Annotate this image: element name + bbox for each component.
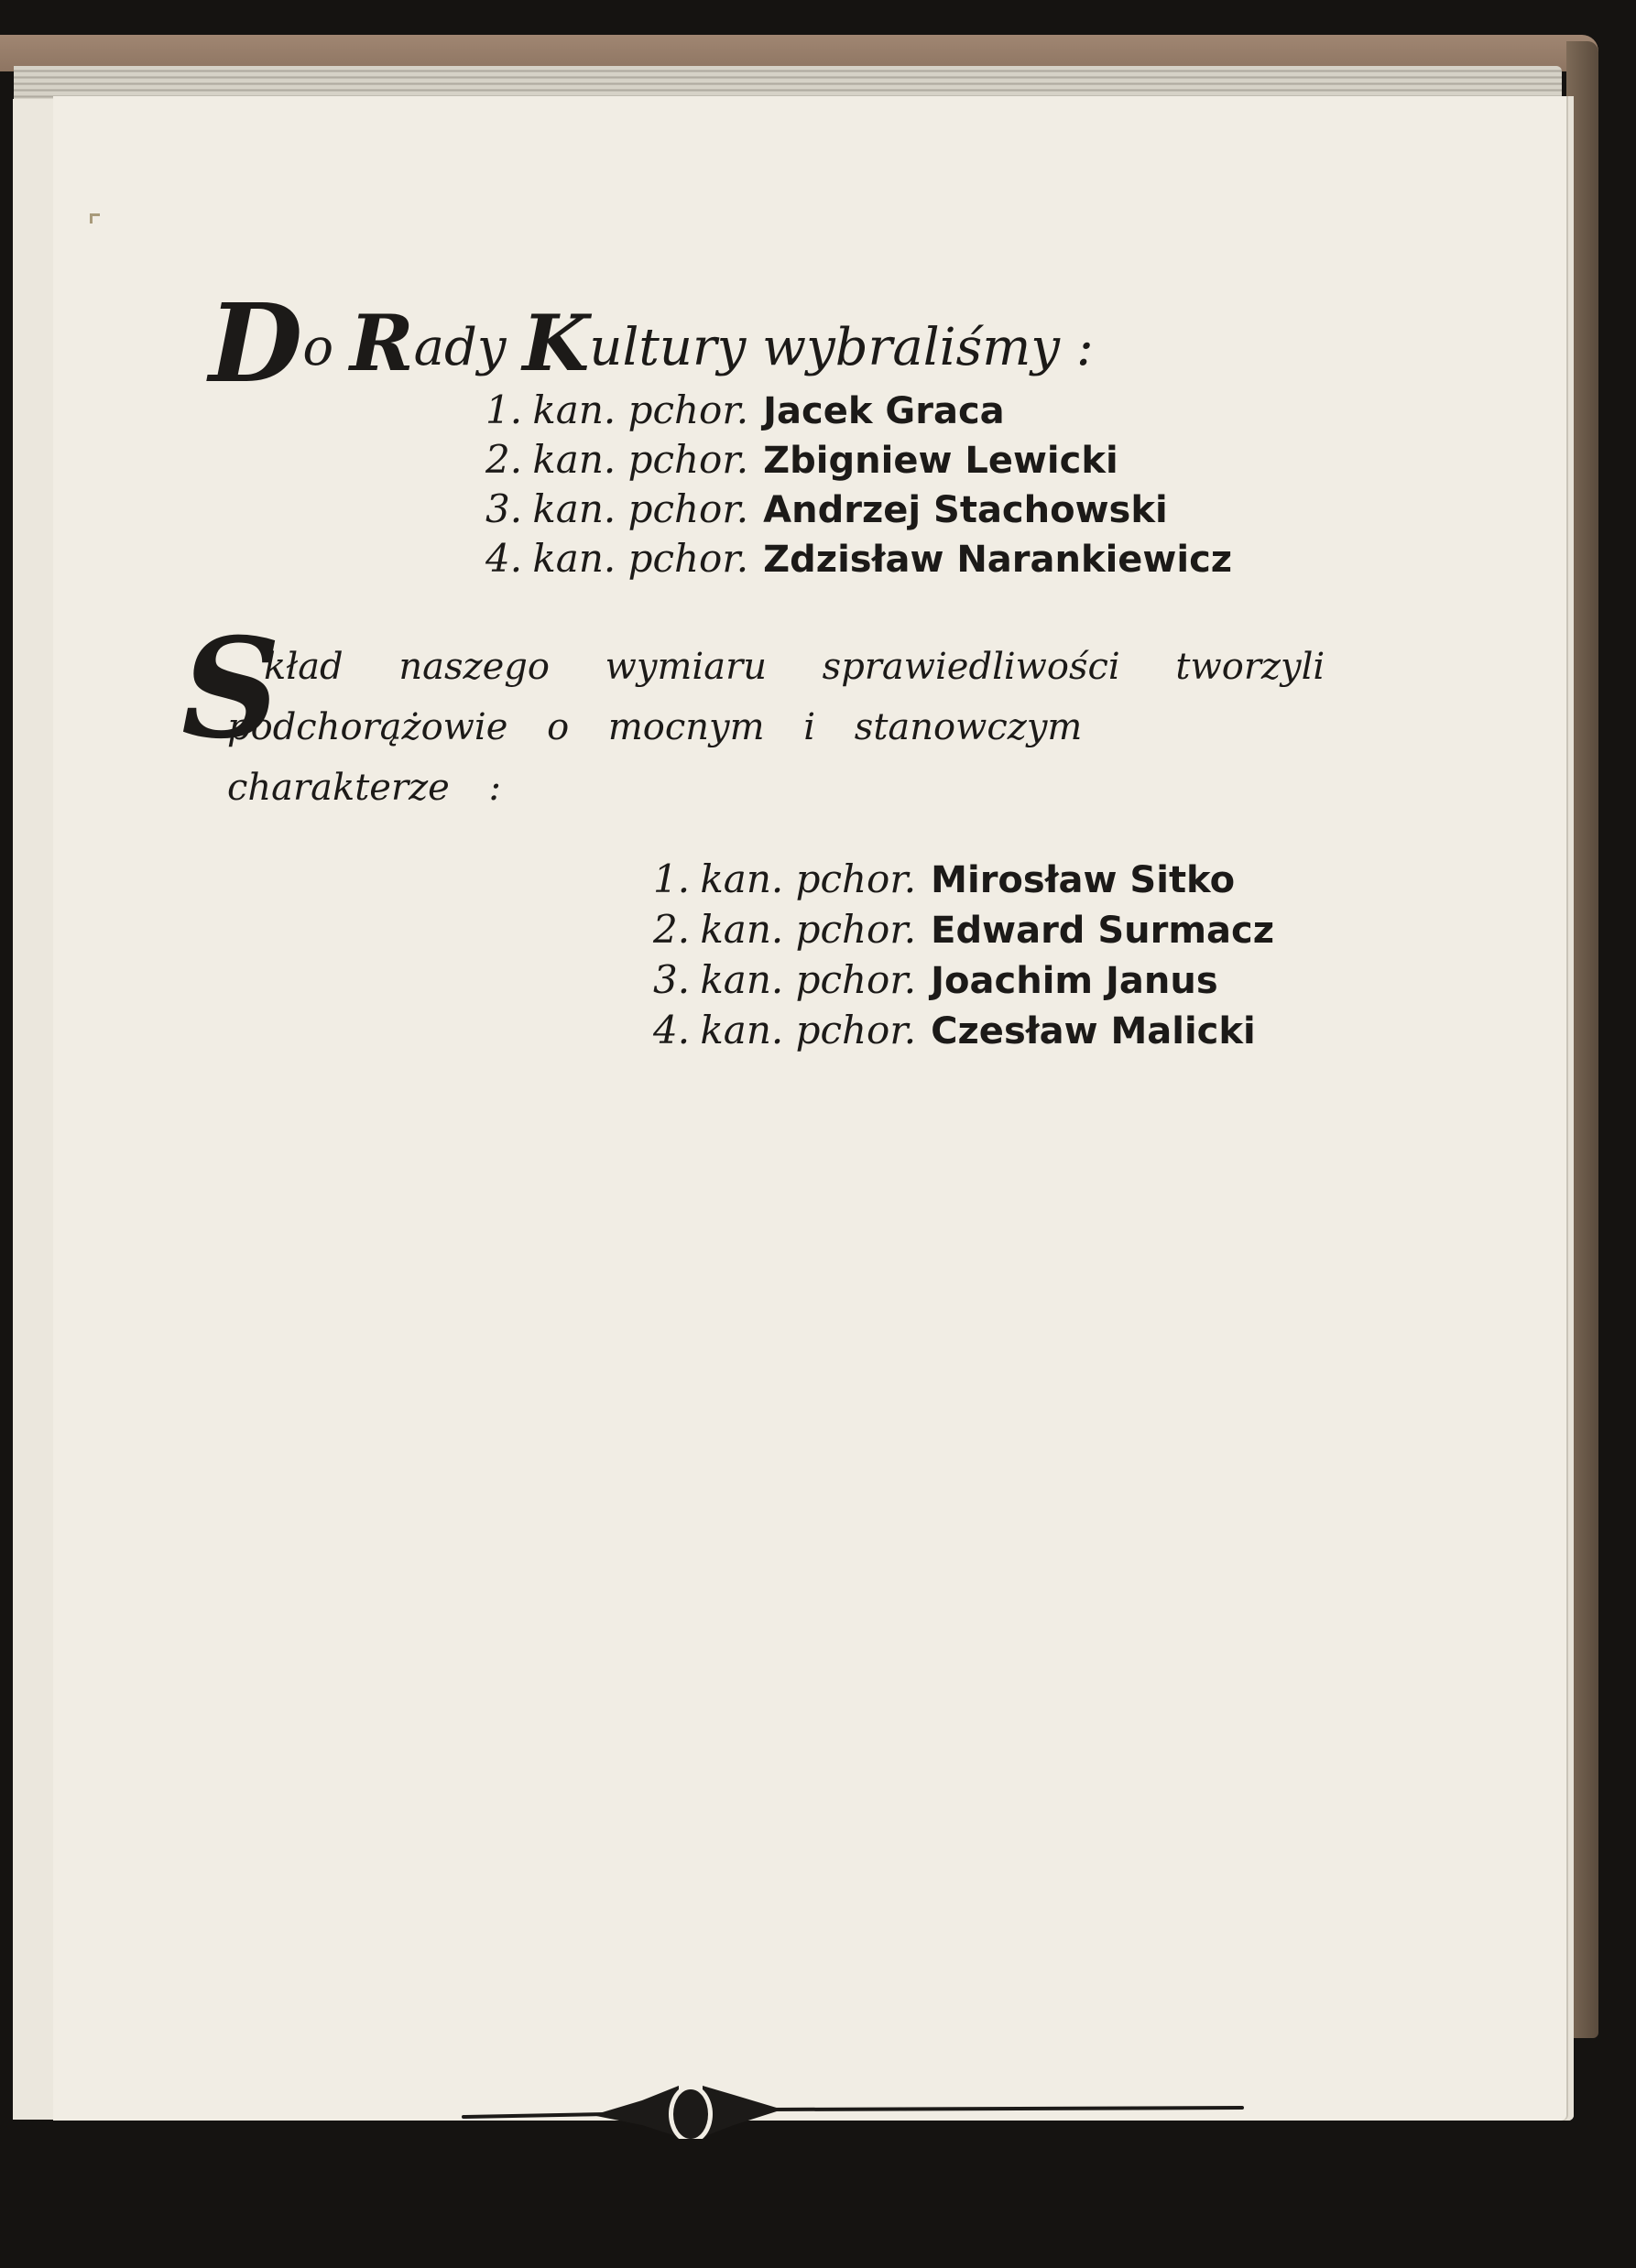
corner-mark: [90, 213, 100, 224]
previous-page-leaf: [13, 99, 55, 2120]
item-rank: kan. pchor.: [532, 437, 748, 482]
item-number: 4.: [485, 536, 520, 581]
list-item: 1. kan. pchor.Mirosław Sitko: [653, 856, 1274, 907]
item-rank: kan. pchor.: [700, 1008, 916, 1052]
list-item: 2. kan. pchor.Edward Surmacz: [653, 907, 1274, 957]
book-page: Do Rady Kultury wybraliśmy : 1. kan. pch…: [53, 96, 1574, 2121]
paragraph-line-1: kład naszego wymiaru sprawiedliwości two…: [227, 637, 1409, 697]
list-item: 2. kan. pchor.Zbigniew Lewicki: [485, 437, 1232, 486]
item-number: 2.: [485, 437, 520, 482]
item-rank: kan. pchor.: [700, 856, 916, 901]
heading-word-kultury-rest: ultury: [589, 318, 746, 377]
item-name: Zdzisław Narankiewicz: [763, 539, 1232, 581]
heading-initial-r: R: [350, 298, 414, 388]
item-number: 1.: [485, 387, 520, 432]
list-item: 1. kan. pchor.Jacek Graca: [485, 387, 1232, 437]
paragraph-line-3: charakterze :: [227, 758, 1409, 818]
item-number: 3.: [485, 486, 520, 531]
list-item: 4. kan. pchor.Zdzisław Narankiewicz: [485, 536, 1232, 585]
justice-paragraph: S kład naszego wymiaru sprawiedliwości t…: [227, 637, 1409, 818]
item-rank: kan. pchor.: [700, 907, 916, 952]
list-item: 3. kan. pchor.Joachim Janus: [653, 957, 1274, 1008]
item-number: 3.: [653, 957, 688, 1002]
heading-rest: wybraliśmy :: [762, 318, 1094, 377]
heading-initial-d: D: [209, 279, 302, 407]
item-number: 1.: [653, 856, 688, 901]
justice-members-list: 1. kan. pchor.Mirosław Sitko 2. kan. pch…: [653, 856, 1274, 1058]
heading-word-do-rest: o: [302, 318, 333, 377]
list-item: 3. kan. pchor.Andrzej Stachowski: [485, 486, 1232, 536]
item-rank: kan. pchor.: [532, 486, 748, 531]
item-name: Andrzej Stachowski: [763, 489, 1168, 531]
item-name: Joachim Janus: [931, 960, 1218, 1002]
heading-initial-k: K: [522, 298, 589, 388]
culture-council-list: 1. kan. pchor.Jacek Graca 2. kan. pchor.…: [485, 387, 1232, 585]
item-name: Zbigniew Lewicki: [763, 440, 1118, 482]
item-name: Edward Surmacz: [931, 910, 1274, 952]
paragraph-dropcap: S: [181, 620, 280, 758]
item-rank: kan. pchor.: [532, 387, 748, 432]
item-rank: kan. pchor.: [532, 536, 748, 581]
heading-word-rady-rest: ady: [414, 318, 507, 377]
item-name: Jacek Graca: [763, 390, 1005, 432]
item-name: Czesław Malicki: [931, 1010, 1256, 1052]
divider-eye-ornament-icon: [459, 2084, 1247, 2139]
item-number: 4.: [653, 1008, 688, 1052]
item-name: Mirosław Sitko: [931, 859, 1235, 901]
item-rank: kan. pchor.: [700, 957, 916, 1002]
list-item: 4. kan. pchor.Czesław Malicki: [653, 1008, 1274, 1058]
paragraph-line-2: podchorążowie o mocnym i stanowczym: [227, 697, 1409, 758]
item-number: 2.: [653, 907, 688, 952]
